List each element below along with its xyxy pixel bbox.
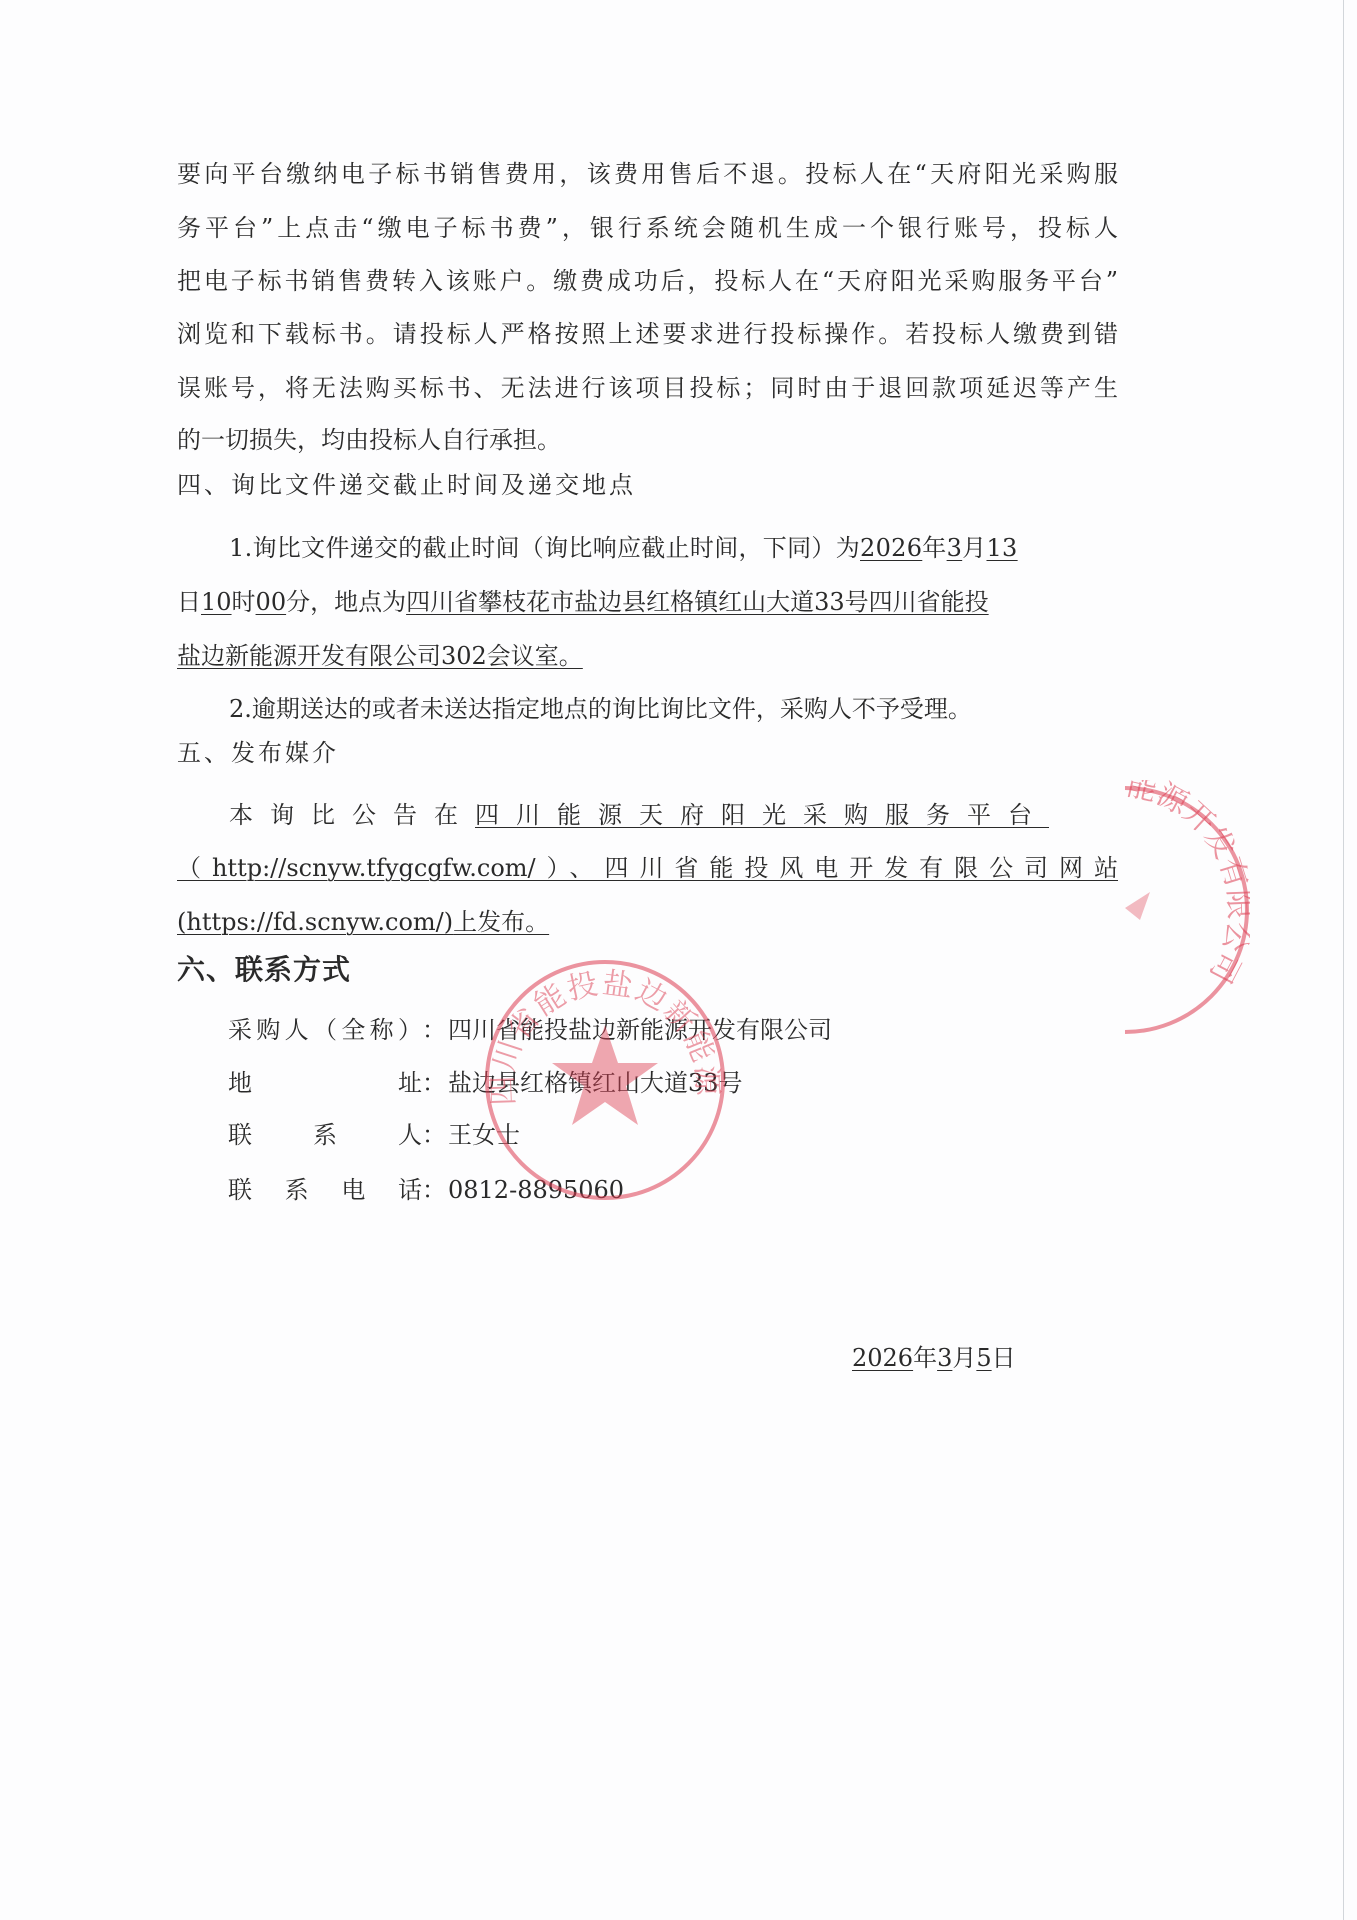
month-unit: 月 <box>952 1344 976 1372</box>
section5-line2: （http://scnyw.tfygcgfw.com/）、四川省能投风电开发有限… <box>177 853 1118 883</box>
day-unit: 日 <box>177 588 201 616</box>
section4-item2: 2.逾期送达的或者未送达指定地点的询比询比文件，采购人不予受理。 <box>177 694 1118 724</box>
location-line1: 四川省攀枝花市盐边县红格镇红山大道33号四川省能投 <box>406 588 989 616</box>
contact-value: 盐边县红格镇红山大道33号 <box>448 1069 743 1097</box>
date-year: 2026 <box>852 1344 913 1372</box>
deadline-year: 2026 <box>860 534 922 562</box>
day-unit: 日 <box>992 1344 1016 1372</box>
section4-item1-line1: 1.询比文件递交的截止时间（询比响应截止时间，下同）为2026年3月13 <box>177 533 1118 563</box>
contact-label: 地址 <box>228 1068 422 1098</box>
section4-item1-line2: 日10时00分，地点为四川省攀枝花市盐边县红格镇红山大道33号四川省能投 <box>177 587 1118 617</box>
platform-name-link[interactable]: 四川能源天府阳光采购服务平台 <box>475 801 1049 829</box>
colon: ： <box>422 1175 448 1205</box>
contact-label: 联系人 <box>228 1120 422 1150</box>
signature-date: 2026年3月5日 <box>852 1343 1016 1373</box>
deadline-minute: 00 <box>256 588 287 616</box>
contact-row-phone: 联系电话：0812-8895060 <box>228 1175 624 1205</box>
deadline-hour: 10 <box>201 588 232 616</box>
deadline-month: 3 <box>947 534 963 562</box>
section-heading-4: 四、询比文件递交截止时间及递交地点 <box>177 470 1118 500</box>
svg-text:能源开发有限公司: 能源开发有限公司 <box>1123 780 1250 989</box>
site-url-link[interactable]: (https://fd.scnyw.com/) <box>177 908 453 936</box>
section4-item1-line3: 盐边新能源开发有限公司302会议室。 <box>177 641 1118 671</box>
publish-suffix: 上发布。 <box>453 908 549 936</box>
item1-prefix: 1.询比文件递交的截止时间（询比响应截止时间，下同）为 <box>229 534 860 562</box>
section-heading-6: 六、联系方式 <box>177 955 1118 985</box>
colon: ： <box>422 1068 448 1098</box>
year-unit: 年 <box>922 534 946 562</box>
contact-row-person: 联系人：王女士 <box>228 1120 520 1150</box>
body-line: 务平台”上点击“缴电子标书费”，银行系统会随机生成一个银行账号，投标人 <box>177 213 1118 243</box>
year-unit: 年 <box>913 1344 937 1372</box>
body-line: 的一切损失，均由投标人自行承担。 <box>177 425 1118 455</box>
month-unit: 月 <box>962 534 986 562</box>
date-day: 5 <box>976 1344 991 1372</box>
contact-value: 王女士 <box>448 1121 520 1149</box>
page-edge <box>1343 0 1344 1920</box>
deadline-day: 13 <box>986 534 1017 562</box>
hour-unit: 时 <box>232 588 256 616</box>
body-line: 要向平台缴纳电子标书销售费用，该费用售后不退。投标人在“天府阳光采购服 <box>177 159 1118 189</box>
platform-url-link[interactable]: （http://scnyw.tfygcgfw.com/）、四川省能投风电开发有限… <box>177 854 1118 882</box>
contact-label: 联系电话 <box>228 1175 422 1205</box>
section5-line1: 本询比公告在四川能源天府阳光采购服务平台 <box>177 800 1118 830</box>
section-heading-5: 五、发布媒介 <box>177 738 1118 768</box>
contact-label: 采购人（全称） <box>228 1015 422 1045</box>
colon: ： <box>422 1120 448 1150</box>
contact-value: 四川省能投盐边新能源开发有限公司 <box>448 1016 832 1044</box>
body-line: 把电子标书销售费转入该账户。缴费成功后，投标人在“天府阳光采购服务平台” <box>177 266 1118 296</box>
location-line2: 盐边新能源开发有限公司302会议室。 <box>177 642 583 670</box>
publish-prefix: 本询比公告在 <box>229 801 475 829</box>
contact-row-address: 地址：盐边县红格镇红山大道33号 <box>228 1068 743 1098</box>
section5-line3: (https://fd.scnyw.com/)上发布。 <box>177 907 1118 937</box>
contact-value: 0812-8895060 <box>448 1176 624 1204</box>
date-month: 3 <box>937 1344 952 1372</box>
contact-row-purchaser: 采购人（全称）：四川省能投盐边新能源开发有限公司 <box>228 1015 832 1045</box>
body-line: 浏览和下载标书。请投标人严格按照上述要求进行投标操作。若投标人缴费到错 <box>177 319 1118 349</box>
colon: ： <box>422 1015 448 1045</box>
minute-unit: 分，地点为 <box>286 588 406 616</box>
body-line: 误账号，将无法购买标书、无法进行该项目投标；同时由于退回款项延迟等产生 <box>177 373 1118 403</box>
